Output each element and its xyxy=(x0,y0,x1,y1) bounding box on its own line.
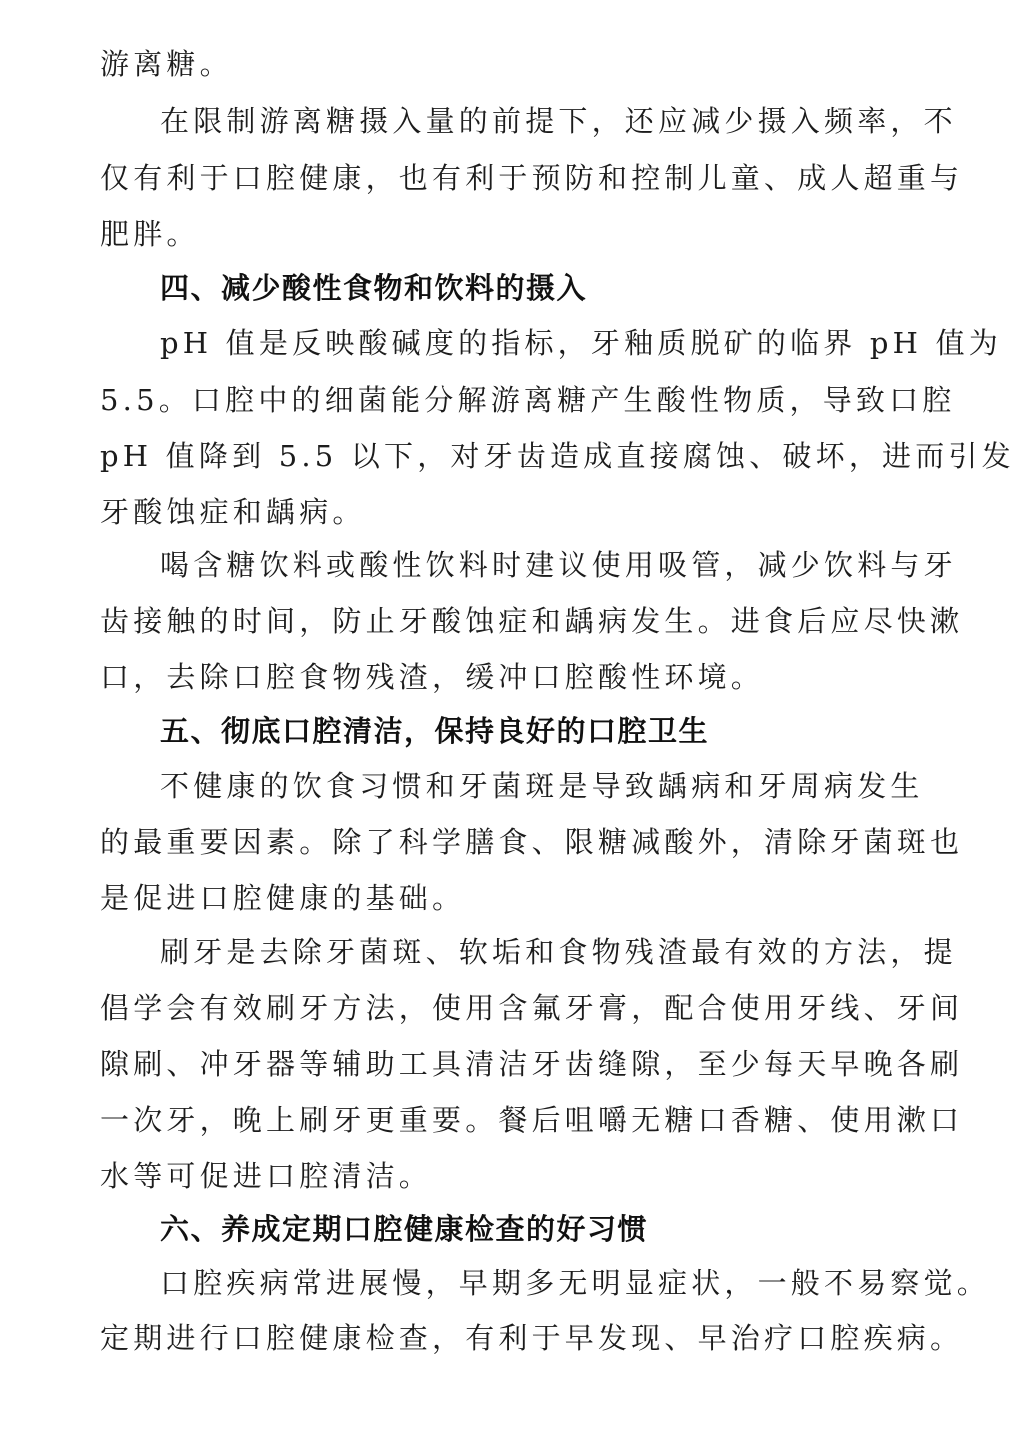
paragraph-line: pH 值是反映酸碱度的指标，牙釉质脱矿的临界 pH 值为 xyxy=(160,323,1002,363)
section-heading-6: 六、养成定期口腔健康检查的好习惯 xyxy=(160,1209,648,1249)
paragraph-line: pH 值降到 5.5 以下，对牙齿造成直接腐蚀、破坏，进而引发 xyxy=(100,436,1011,476)
paragraph-line: 5.5。口腔中的细菌能分解游离糖产生酸性物质，导致口腔 xyxy=(100,380,956,420)
paragraph-line: 仅有利于口腔健康，也有利于预防和控制儿童、成人超重与 xyxy=(100,158,963,198)
paragraph-line: 口，去除口腔食物残渣，缓冲口腔酸性环境。 xyxy=(100,657,764,697)
paragraph-line: 游离糖。 xyxy=(100,44,233,84)
paragraph-line: 喝含糖饮料或酸性饮料时建议使用吸管，减少饮料与牙 xyxy=(160,545,957,585)
paragraph-line: 口腔疾病常进展慢，早期多无明显症状，一般不易察觉。 xyxy=(160,1263,990,1303)
paragraph-line: 定期进行口腔健康检查，有利于早发现、早治疗口腔疾病。 xyxy=(100,1318,963,1358)
paragraph-line: 在限制游离糖摄入量的前提下，还应减少摄入频率，不 xyxy=(160,101,957,141)
paragraph-line: 刷牙是去除牙菌斑、软垢和食物残渣最有效的方法，提 xyxy=(160,932,957,972)
paragraph-line: 倡学会有效刷牙方法，使用含氟牙膏，配合使用牙线、牙间 xyxy=(100,988,963,1028)
paragraph-line: 的最重要因素。除了科学膳食、限糖减酸外，清除牙菌斑也 xyxy=(100,822,963,862)
section-heading-5: 五、彻底口腔清洁，保持良好的口腔卫生 xyxy=(160,711,709,751)
paragraph-line: 不健康的饮食习惯和牙菌斑是导致龋病和牙周病发生 xyxy=(160,766,924,806)
section-heading-4: 四、减少酸性食物和饮料的摄入 xyxy=(160,268,587,308)
document-page: 游离糖。 在限制游离糖摄入量的前提下，还应减少摄入频率，不 仅有利于口腔健康，也… xyxy=(0,0,1011,1448)
paragraph-line: 水等可促进口腔清洁。 xyxy=(100,1156,432,1196)
paragraph-line: 一次牙，晚上刷牙更重要。餐后咀嚼无糖口香糖、使用漱口 xyxy=(100,1100,963,1140)
paragraph-line: 是促进口腔健康的基础。 xyxy=(100,878,465,918)
paragraph-line: 隙刷、冲牙器等辅助工具清洁牙齿缝隙，至少每天早晚各刷 xyxy=(100,1044,963,1084)
paragraph-line: 牙酸蚀症和龋病。 xyxy=(100,492,366,532)
paragraph-line: 肥胖。 xyxy=(100,214,200,254)
paragraph-line: 齿接触的时间，防止牙酸蚀症和龋病发生。进食后应尽快漱 xyxy=(100,601,963,641)
